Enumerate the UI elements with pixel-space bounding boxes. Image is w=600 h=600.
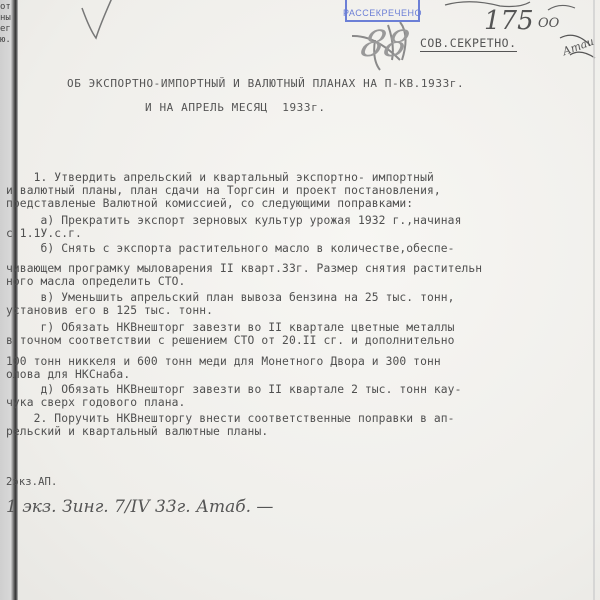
stamp-text: РАССЕКРЕЧЕНО <box>343 8 422 18</box>
distribution-note: 2экз.АП. <box>6 476 57 488</box>
classification-label: СОВ.СЕКРЕТНО. <box>420 36 517 52</box>
body-line: представленые Валютной комиссией, со сле… <box>6 197 413 210</box>
body-line: и валютный планы, план сдачи на Торгсин … <box>6 184 441 197</box>
body-line: а) Прекратить экспорт зерновых культур у… <box>6 214 462 227</box>
body-line: 100 тонн никкеля и 600 тонн меди для Мон… <box>6 355 441 368</box>
body-line: б) Снять с экспорта растительного масло … <box>6 242 455 255</box>
body-line: 2. Поручить НКВнешторгу внести соответст… <box>6 412 455 425</box>
handwritten-top-note: ОО <box>538 16 559 31</box>
body-line: с 1.1У.с.г. <box>6 227 82 240</box>
body-line: ного масла определить СТО. <box>6 275 185 288</box>
body-line: чука сверх годового плана. <box>6 396 185 409</box>
body-line: 1. Утвердить апрельский и квартальный эк… <box>6 171 434 184</box>
body-line: в) Уменьшить апрельский план вывоза бенз… <box>6 291 455 304</box>
handwritten-footer-note: 1 экз. Зинг. 7/IV 33г. Атаб. — <box>6 497 273 517</box>
body-line: установив его в 125 тыс. тонн. <box>6 304 213 317</box>
body-line: в точном соответствии с решением СТО от … <box>6 334 455 347</box>
sheet-number: 175 <box>484 6 534 36</box>
checkmark-icon <box>82 0 112 38</box>
title-line-1: ОБ ЭКСПОРТНО-ИМПОРТНЫЙ И ВАЛЮТНЫЙ ПЛАНАХ… <box>67 77 464 90</box>
body-line: чивающем програмку мыловарения II кварт.… <box>6 262 482 275</box>
body-line: рельский и квартальный валютные планы. <box>6 425 268 438</box>
body-line: д) Обязать НКВнешторг завезти во II квар… <box>6 383 462 396</box>
declassified-stamp: РАССЕКРЕЧЕНО <box>345 0 420 22</box>
document-page: от ны ег ю. РАССЕКРЕЧЕНО 175 ОО Атаи 88 … <box>0 0 600 600</box>
title-line-2: И НА АПРЕЛЬ МЕСЯЦ 1933г. <box>145 101 326 114</box>
body-line: олова для НКСнаба. <box>6 368 130 381</box>
body-line: г) Обязать НКВнешторг завезти во II квар… <box>6 321 455 334</box>
